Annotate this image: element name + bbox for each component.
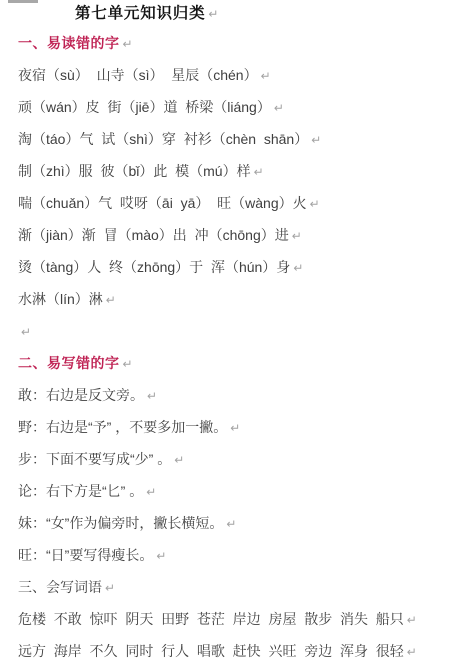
word-line: 危楼 不敢 惊吓 阴天 田野 苍茫 岸边 房屋 散步 消失 船只↵ [18,603,454,635]
pinyin-line: 烫（tàng）人 终（zhōng）于 浑（hún）身↵ [18,251,454,283]
paragraph-mark-icon: ↵ [123,357,134,371]
paragraph-mark-icon: ↵ [407,613,417,627]
doc-title-text: 第七单元知识归类 [75,5,205,22]
paragraph-mark-icon: ↵ [174,453,184,467]
doc-title: 第七单元知识归类↵ [18,0,454,27]
pinyin-line: 水淋（lín）淋↵ [18,283,454,315]
pinyin-line: 淘（táo）气 试（shì）穿 衬衫（chèn shān）↵ [18,123,454,155]
pinyin-line: 渐（jiàn）渐 冒（mào）出 冲（chōng）进↵ [18,219,454,251]
note-line: 步：下面不要写成“少” 。↵ [18,443,454,475]
paragraph-mark-icon: ↵ [254,165,264,179]
paragraph-mark-icon: ↵ [274,101,284,115]
pinyin-line: 夜宿（sù） 山寺（sì） 星辰（chén）↵ [18,59,454,91]
paragraph-mark-icon: ↵ [105,581,115,595]
note-line: 妹：“女”作为偏旁时，撇长横短。↵ [18,507,454,539]
paragraph-mark-icon: ↵ [226,517,236,531]
paragraph-mark-icon: ↵ [123,37,134,51]
paragraph-mark-icon: ↵ [147,389,157,403]
paragraph-mark-icon: ↵ [146,485,156,499]
paragraph-mark-icon: ↵ [311,133,321,147]
section-heading-easily-misread: 一、易读错的字↵ [18,27,454,59]
word-line: 远方 海岸 不久 同时 行人 唱歌 赶快 兴旺 旁边 浑身 很轻↵ [18,635,454,660]
scrollbar-fragment [8,0,38,3]
pinyin-line: 顽（wán）皮 街（jiē）道 桥梁（liáng）↵ [18,91,454,123]
paragraph-mark-icon: ↵ [106,293,116,307]
note-line: 野：右边是“予” ，不要多加一撇。↵ [18,411,454,443]
paragraph-mark-icon: ↵ [261,69,271,83]
document-page: 第七单元知识归类↵ 一、易读错的字↵ 夜宿（sù） 山寺（sì） 星辰（chén… [0,0,460,660]
note-line: 敢：右边是反文旁。↵ [18,379,454,411]
note-line: 论：右下方是“匕” 。↵ [18,475,454,507]
paragraph-mark-icon: ↵ [407,645,417,659]
empty-line: ↵ [18,315,454,347]
pinyin-line: 制（zhì）服 彼（bǐ）此 模（mú）样↵ [18,155,454,187]
section-heading-words-to-write: 三、会写词语↵ [18,571,454,603]
paragraph-mark-icon: ↵ [292,229,302,243]
pinyin-line: 喘（chuǎn）气 哎呀（āi yā） 旺（wàng）火↵ [18,187,454,219]
paragraph-mark-icon: ↵ [310,197,320,211]
paragraph-mark-icon: ↵ [208,7,219,21]
section-heading-easily-miswritten: 二、易写错的字↵ [18,347,454,379]
paragraph-mark-icon: ↵ [21,325,31,339]
paragraph-mark-icon: ↵ [156,549,166,563]
paragraph-mark-icon: ↵ [230,421,240,435]
paragraph-mark-icon: ↵ [293,261,303,275]
note-line: 旺：“日”要写得瘦长。↵ [18,539,454,571]
